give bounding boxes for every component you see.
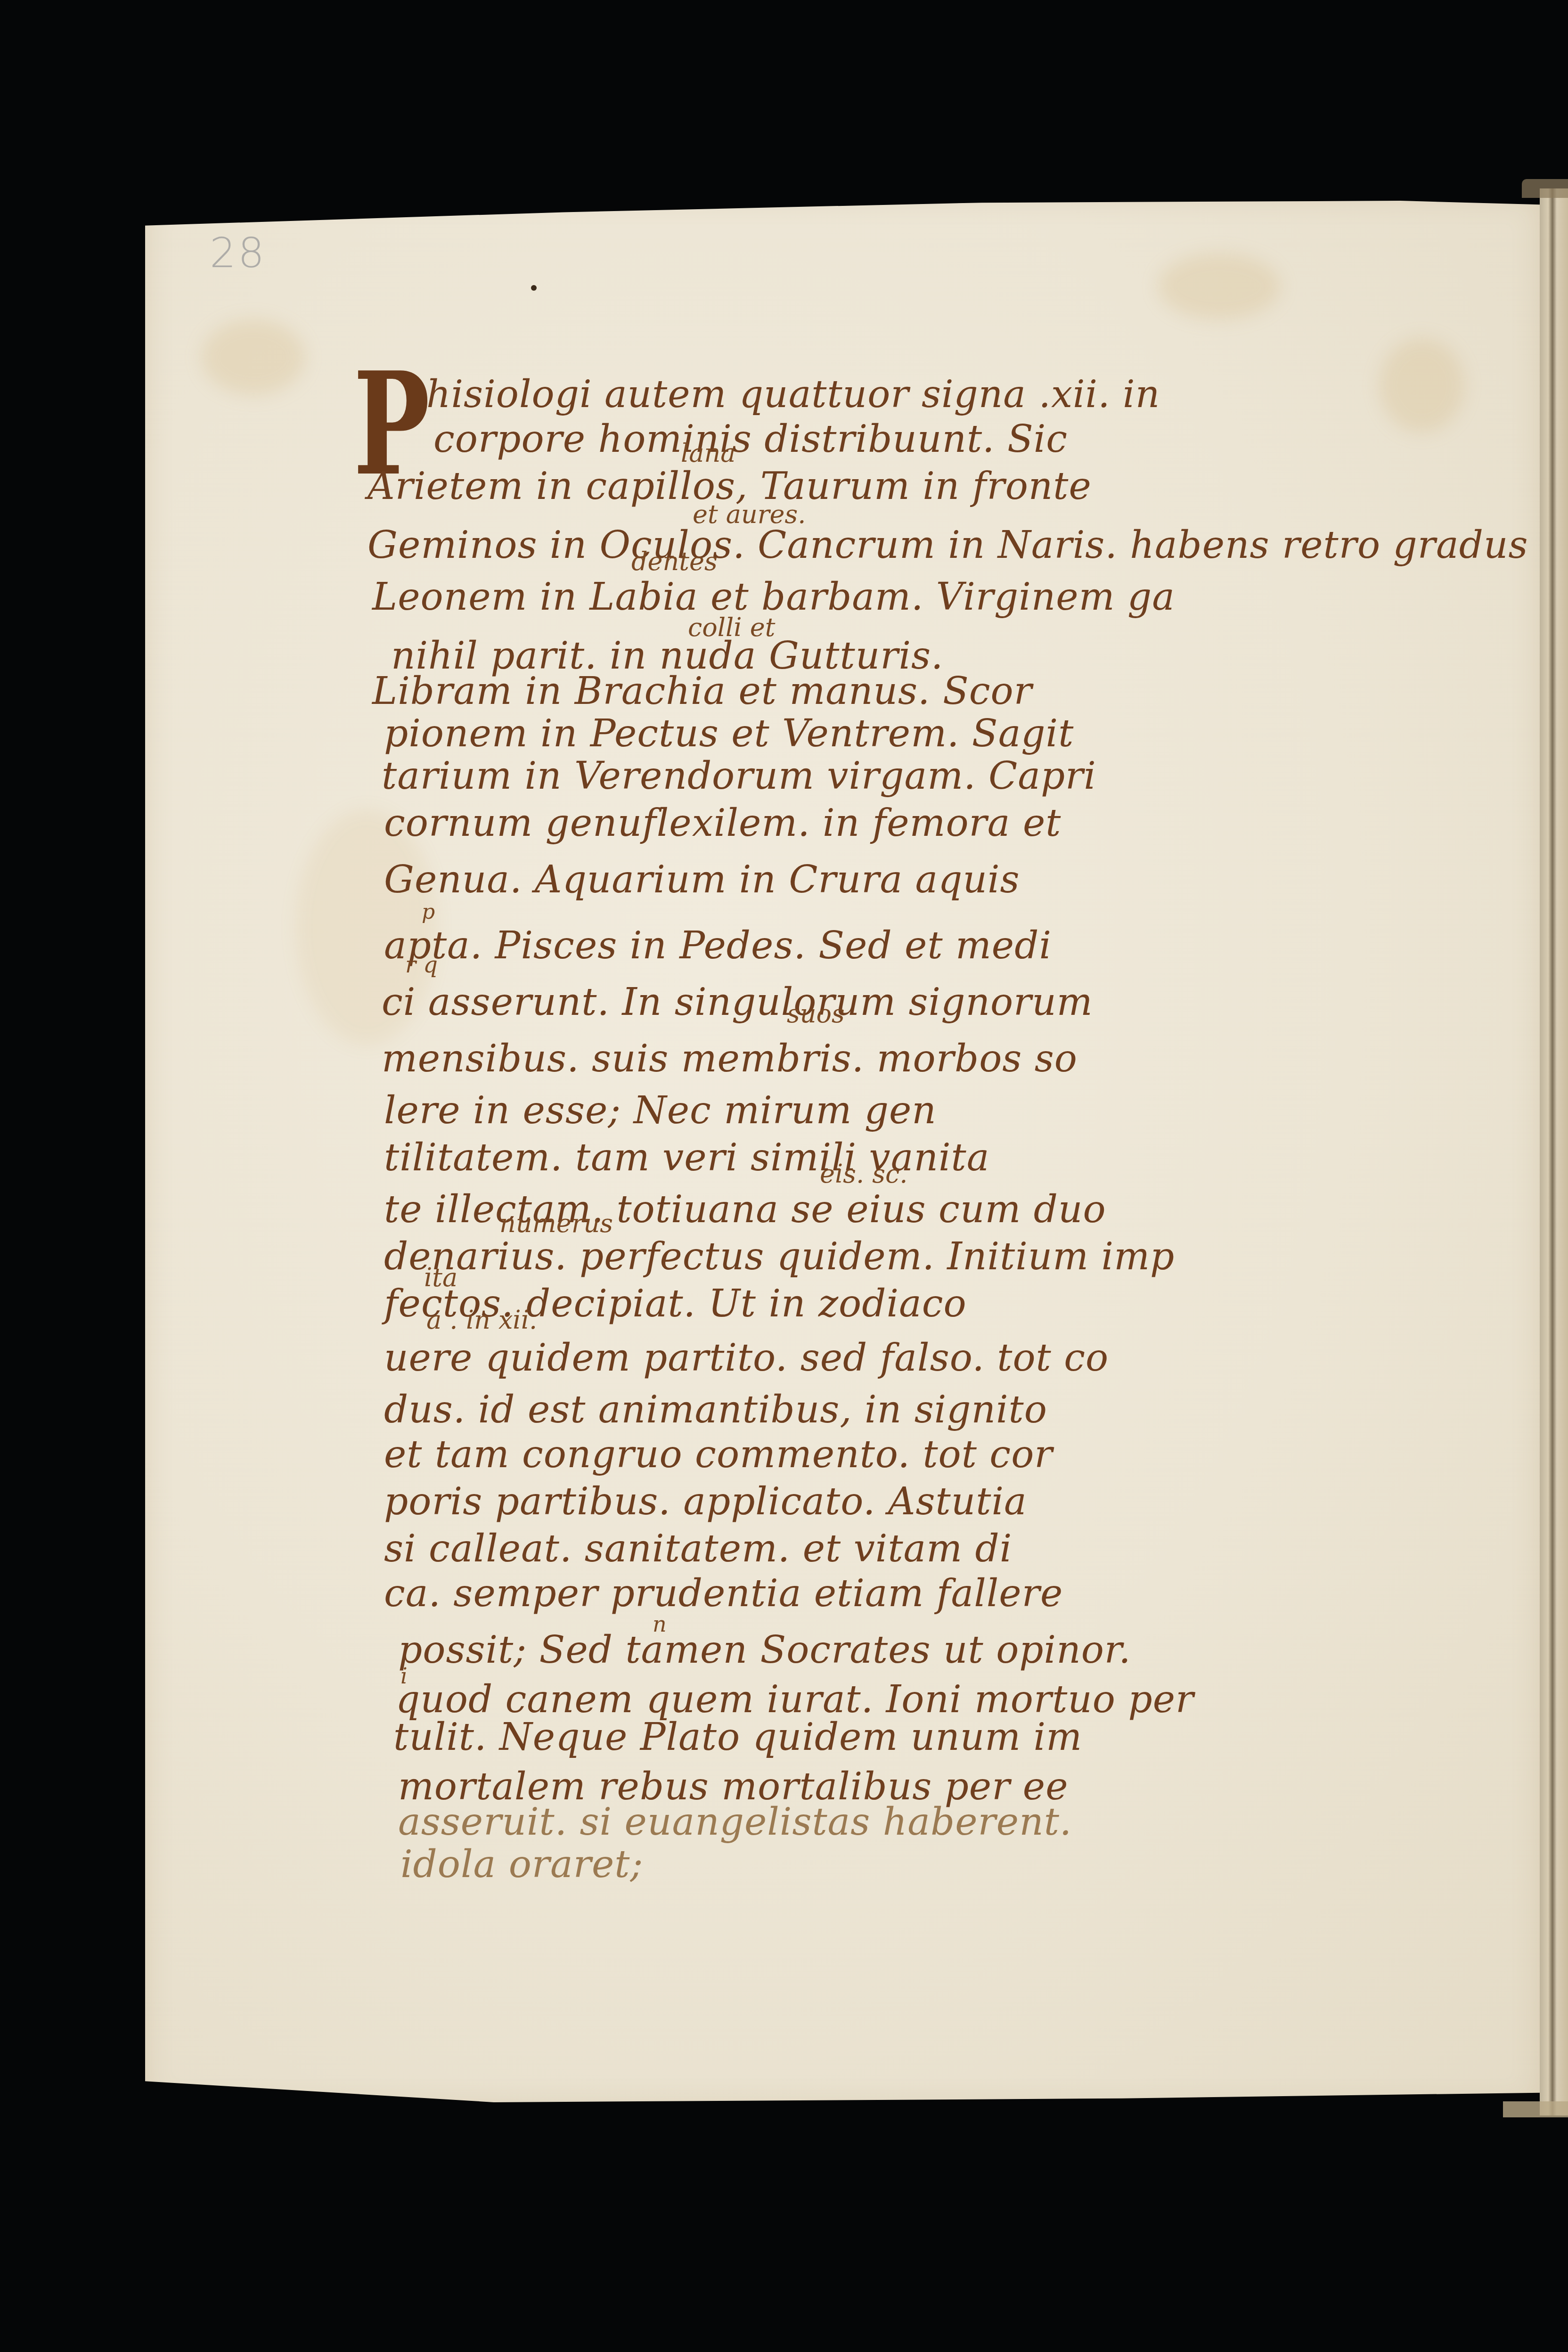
text-line-31: idola oraret; [400,1842,643,1886]
text-line-20: uere quidem partito. sed falso. tot co [384,1336,1109,1380]
gloss: suos [787,999,845,1029]
text-line-25: ca. semper prudentia etiam fallere [384,1571,1063,1615]
text-line-10: cornum genuflexilem. in femora et [384,801,1061,845]
text-line-9: tarium in Verendorum virgam. Capri [382,754,1096,798]
text-line-15: lere in esse; Nec mirum gen [384,1088,937,1132]
binding-spine [1540,188,1568,2115]
text-line-26: possit; Sed tamen Socrates ut opinor. [398,1628,1131,1672]
text-line-4: Geminos in Oculos. Cancrum in Naris. hab… [367,523,1528,567]
gloss: eis. sc. [820,1159,907,1189]
text-line-17: te illectam. totiuana se eius cum duo [384,1187,1106,1231]
gloss: r q [405,952,438,978]
stain [1158,253,1281,319]
binding-headcap [1522,179,1568,198]
text-line-22: et tam congruo commento. tot cor [384,1432,1053,1476]
text-line-21: dus. id est animantibus, in signito [384,1388,1047,1431]
text-line-23: poris partibus. applicato. Astutia [384,1479,1027,1523]
text-line-14: mensibus. suis membris. morbos so [382,1037,1078,1080]
text-line-7: Libram in Brachia et manus. Scor [372,669,1032,713]
stain [202,319,305,395]
text-line-18: denarius. perfectus quidem. Initium imp [384,1234,1175,1278]
gloss: numerus [499,1209,613,1238]
gloss: lana [681,438,735,468]
text-line-30: asseruit. si euangelistas haberent. [398,1800,1072,1844]
gloss: p [422,900,435,924]
stain [1380,338,1464,433]
text-line-13: ci asserunt. In singulorum signorum [382,980,1093,1024]
text-line-1: hisiologi autem quattuor signa .xii. in [426,372,1160,416]
gloss: dentes [631,547,718,576]
text-line-12: apta. Pisces in Pedes. Sed et medi [384,923,1052,967]
text-line-8: pionem in Pectus et Ventrem. Sagit [384,711,1074,755]
gloss: a . in xii. [426,1305,537,1335]
text-line-24: si calleat. sanitatem. et vitam di [384,1527,1012,1570]
text-line-2: corpore hominis distribuunt. Sic [433,417,1068,461]
binding-tailcap [1503,2101,1568,2117]
text-line-28: tulit. Neque Plato quidem unum im [393,1715,1082,1759]
folio-number: 28 [210,229,266,277]
text-line-11: Genua. Aquarium in Crura aquis [384,857,1020,901]
pricking-dot [531,285,537,291]
